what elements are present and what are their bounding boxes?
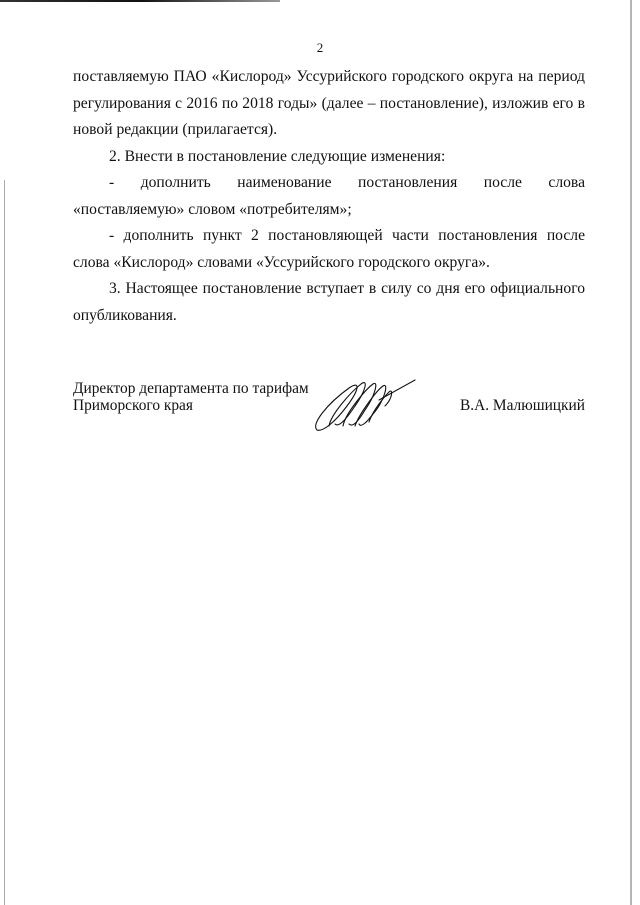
scan-artifact-top [0,0,280,2]
paragraph-item-2: 2. Внести в постановление следующие изме… [73,144,585,171]
paragraph-item-3: 3. Настоящее постановление вступает в си… [73,276,585,329]
scan-artifact-right [630,0,632,905]
signatory-name: В.А. Малюшицкий [460,397,585,414]
paragraph-amendment-2: - дополнить пункт 2 постановляющей части… [73,223,585,276]
handwritten-signature-icon [309,374,419,434]
page-number: 2 [0,40,640,56]
signatory-title-line-2: Приморского края [73,397,309,414]
signature-block: Директор департамента по тарифам Приморс… [73,380,585,440]
paragraph-amendment-1: - дополнить наименование постановления п… [73,170,585,223]
paragraph-continuation: поставляемую ПАО «Кислород» Уссурийского… [73,64,585,144]
document-body: поставляемую ПАО «Кислород» Уссурийского… [73,64,585,329]
document-page: 2 поставляемую ПАО «Кислород» Уссурийско… [0,0,640,905]
scan-artifact-left [4,180,5,905]
signatory-title: Директор департамента по тарифам Приморс… [73,380,309,414]
signatory-title-line-1: Директор департамента по тарифам [73,380,309,397]
